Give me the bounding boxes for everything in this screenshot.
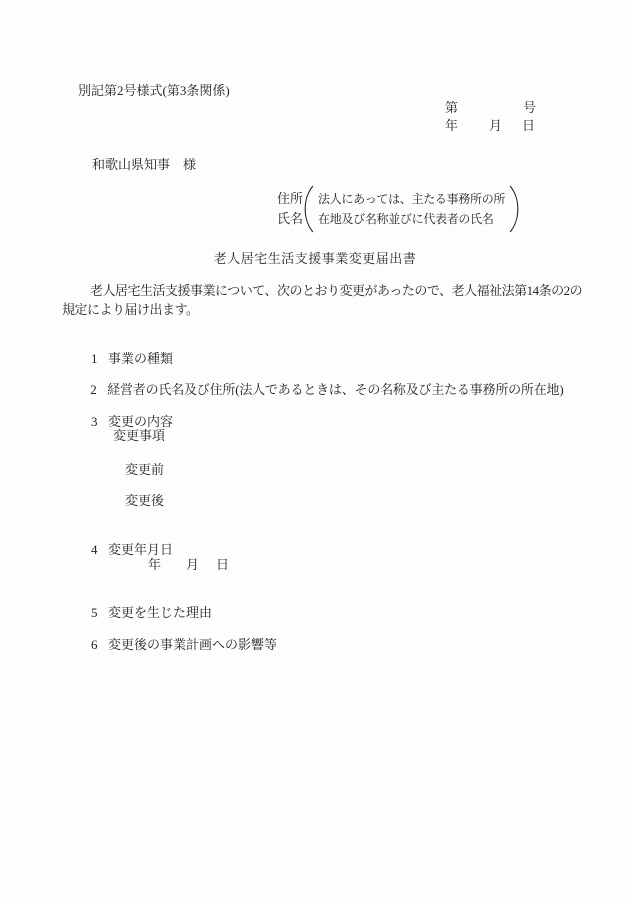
body-paragraph-line2: 規定により届け出ます。 — [62, 302, 198, 318]
page-title: 老人居宅生活支援事業変更届出書 — [0, 251, 630, 267]
doc-number-prefix: 第 — [445, 100, 458, 116]
item-1-number: 1 — [91, 351, 108, 367]
change-before-label: 変更前 — [125, 462, 164, 478]
addressee: 和歌山県知事 様 — [92, 157, 196, 173]
item-3-label: 変更の内容 — [108, 414, 173, 429]
item-5-label: 変更を生じた理由 — [108, 605, 212, 620]
item-1-label: 事業の種類 — [108, 351, 173, 366]
sender-address-label: 住所 — [277, 189, 303, 209]
form-reference: 別記第2号様式(第3条関係) — [78, 83, 230, 99]
item-2-number: 2 — [90, 382, 107, 398]
document-page: 別記第2号様式(第3条関係) 第 号 年 月 日 和歌山県知事 様 住所 氏名 … — [0, 0, 630, 903]
list-item-6: 6変更後の事業計画への影響等 — [78, 621, 277, 669]
doc-number-suffix: 号 — [523, 100, 536, 116]
header-date-day: 日 — [522, 118, 535, 134]
sender-bracket-note: 法人にあっては、主たる事務所の所 在地及び名称並びに代表者の氏名 — [315, 189, 508, 229]
sender-name-label: 氏名 — [277, 209, 303, 229]
sender-labels: 住所 氏名 — [277, 189, 303, 229]
change-date-day: 日 — [216, 557, 229, 573]
left-bracket-icon — [304, 185, 314, 233]
header-date-year: 年 — [445, 118, 458, 134]
sender-block: 住所 氏名 法人にあっては、主たる事務所の所 在地及び名称並びに代表者の氏名 — [277, 185, 520, 233]
change-date-year: 年 — [148, 557, 161, 573]
sender-note-line1: 法人にあっては、主たる事務所の所 — [318, 189, 505, 209]
item-3-number: 3 — [91, 414, 108, 430]
item-4-number: 4 — [91, 542, 108, 558]
item-2-label: 経営者の氏名及び住所(法人であるときは、その名称及び主たる事務所の所在地) — [107, 382, 563, 397]
header-date-month: 月 — [489, 118, 502, 134]
item-6-label: 変更後の事業計画への影響等 — [108, 637, 277, 652]
item-6-number: 6 — [91, 637, 108, 653]
item-5-number: 5 — [91, 605, 108, 621]
change-detail-item-label: 変更事項 — [113, 428, 165, 444]
body-paragraph-line1: 老人居宅生活支援事業について、次のとおり変更があったので、老人福祉法第14条の2… — [90, 283, 582, 299]
sender-note-line2: 在地及び名称並びに代表者の氏名 — [318, 209, 505, 229]
item-4-label: 変更年月日 — [108, 542, 173, 557]
change-date-month: 月 — [186, 557, 199, 573]
change-after-label: 変更後 — [125, 493, 164, 509]
right-bracket-icon — [509, 185, 519, 233]
